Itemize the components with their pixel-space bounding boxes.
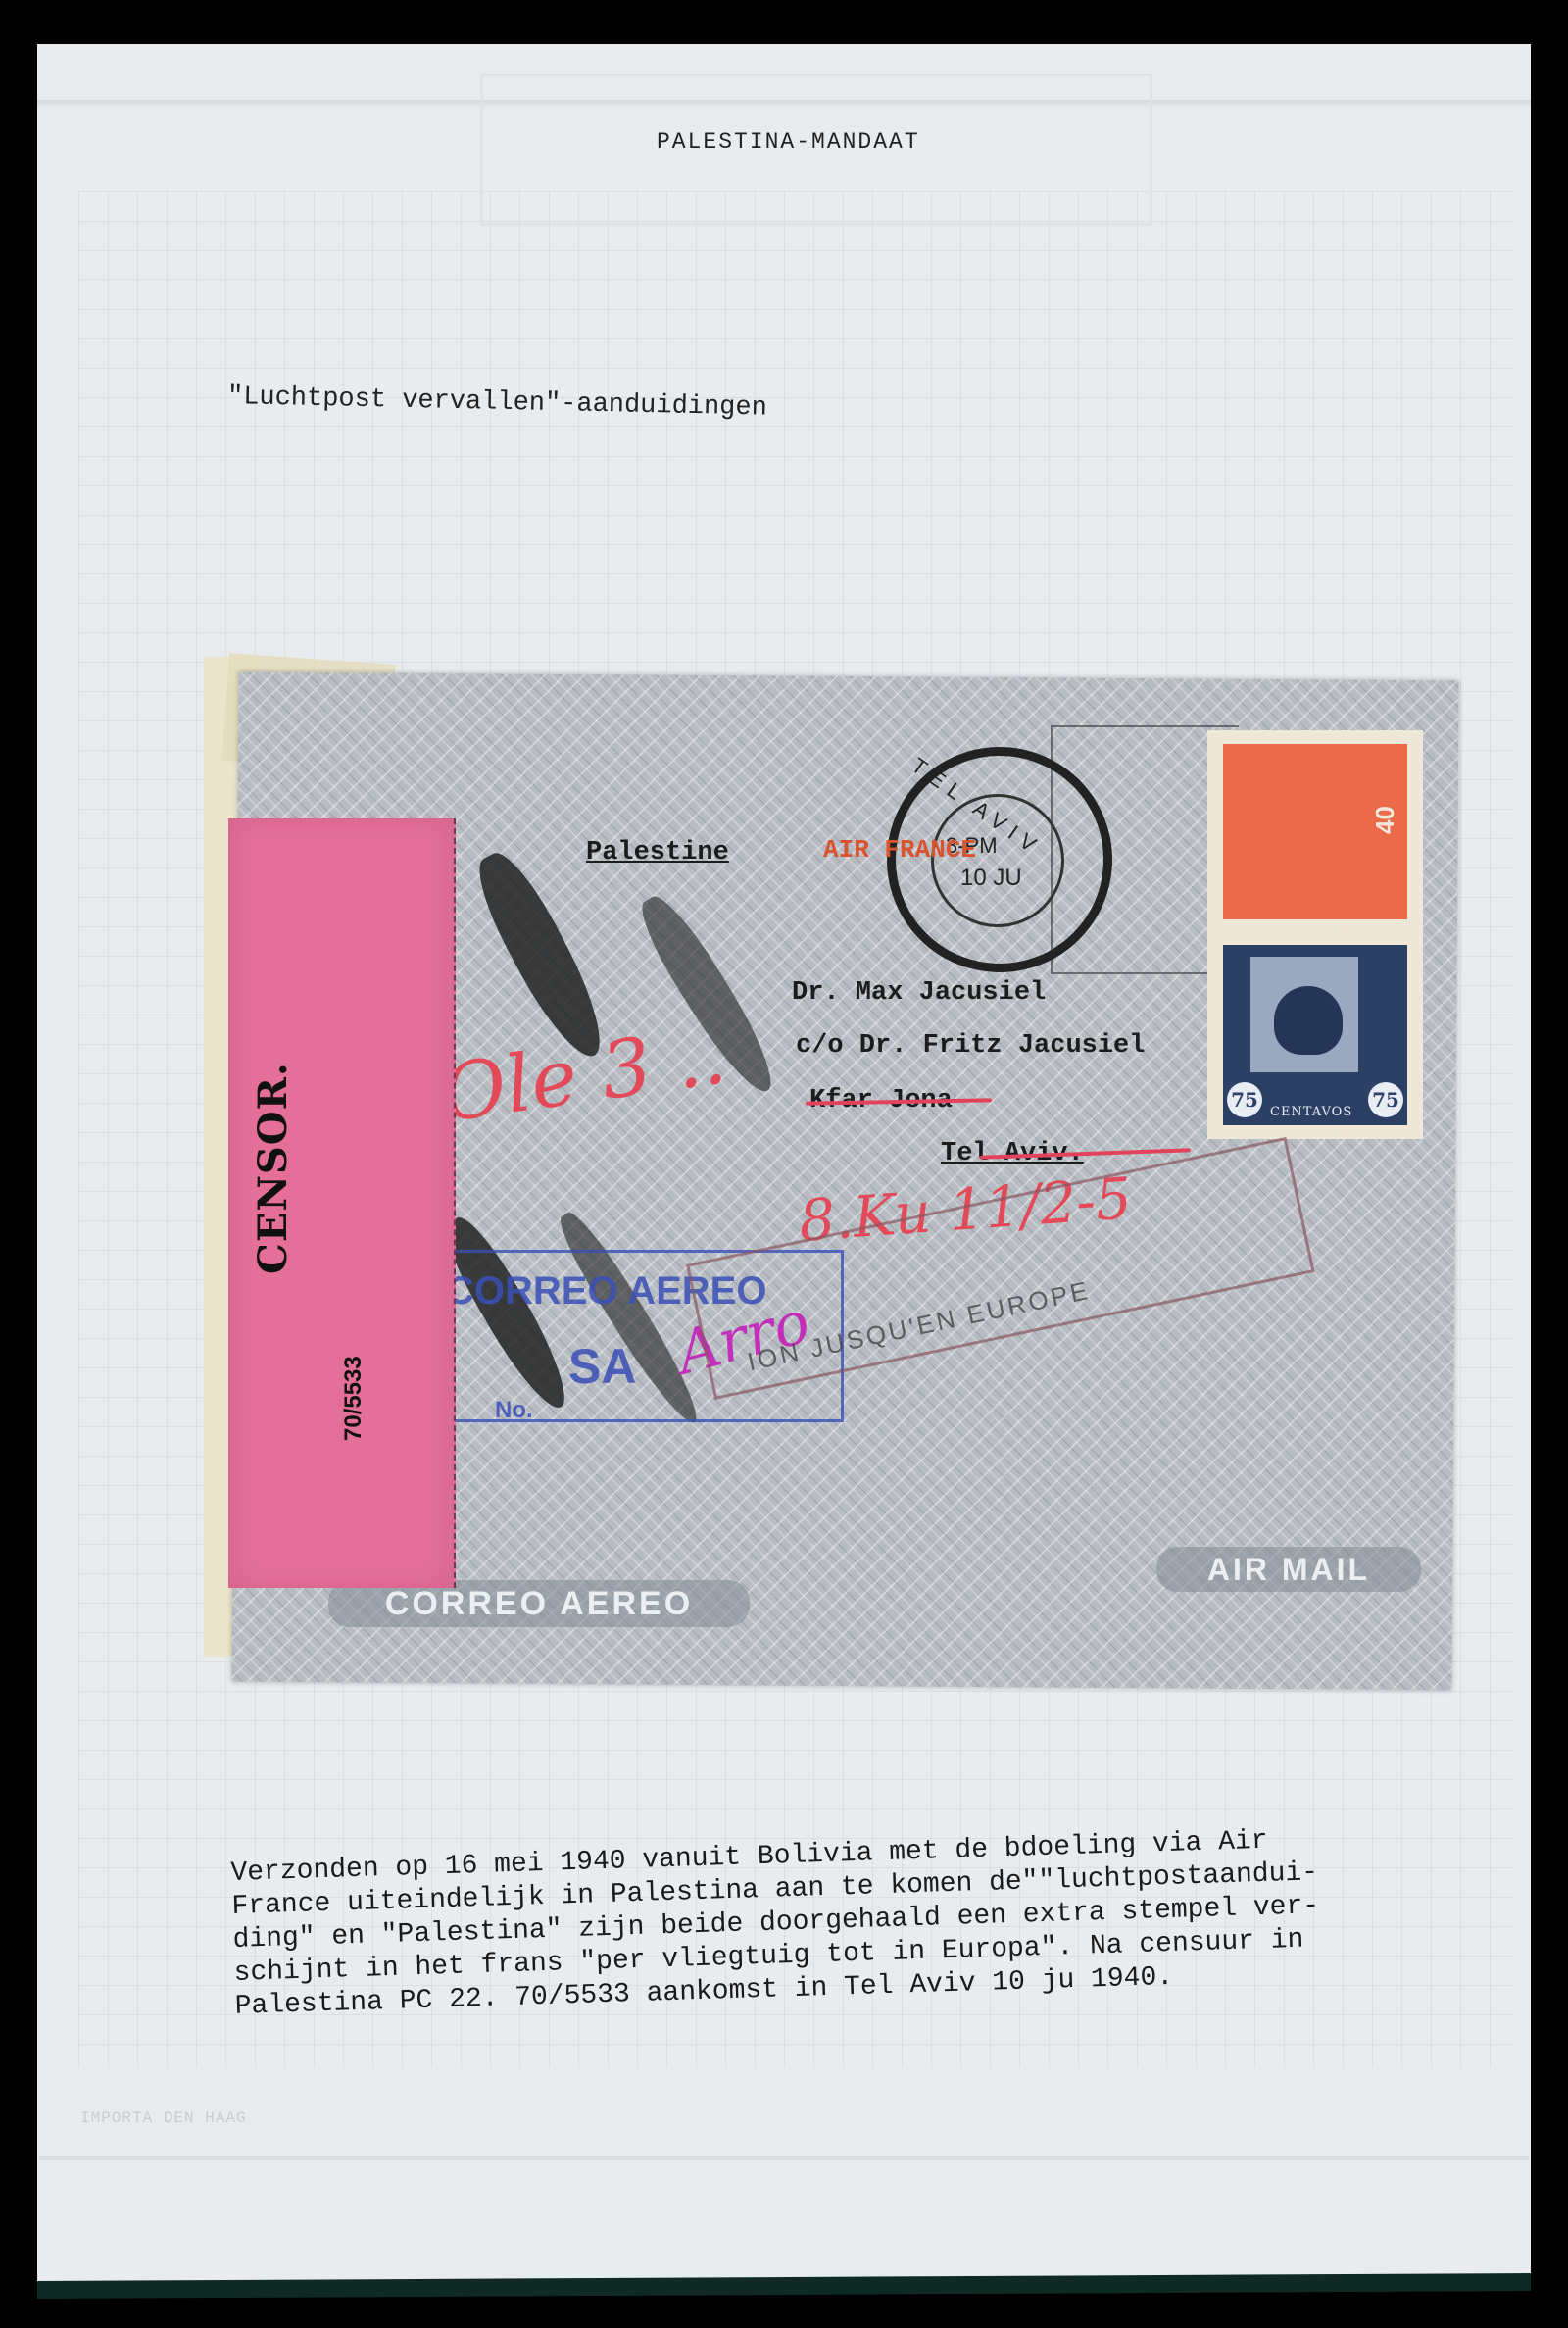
stamp-value: 40 [1370,806,1400,834]
address-line-1: Dr. Max Jacusiel [792,978,1046,1008]
stamp-value-left: 75 [1227,1082,1262,1117]
destination-country: Palestine [586,838,729,867]
stamp-value-right: 75 [1368,1082,1403,1117]
page-divider [39,2156,1529,2160]
postmark-date: 10 JU [960,865,1022,892]
address-line-2: c/o Dr. Fritz Jacusiel [796,1031,1145,1061]
air-mail-band: AIR MAIL [1156,1547,1421,1592]
stamp-40-centavos: 40 [1207,730,1423,933]
stamp-unit: CENTAVOS [1270,1105,1352,1119]
air-france-marking: AIR FRANCE [823,835,976,865]
publisher-mark: IMPORTA DEN HAAG [80,2109,247,2127]
cachet-text-2: SA [568,1338,636,1395]
page-title: PALESTINA-MANDAAT [657,129,920,155]
cachet-text-3: No. [495,1397,533,1424]
stamp-75-centavos: 75 75 CENTAVOS [1207,931,1423,1139]
censor-number: 70/5533 [340,1356,367,1441]
censor-title: CENSOR. [250,1062,296,1274]
chinchilla-icon [1274,986,1343,1055]
